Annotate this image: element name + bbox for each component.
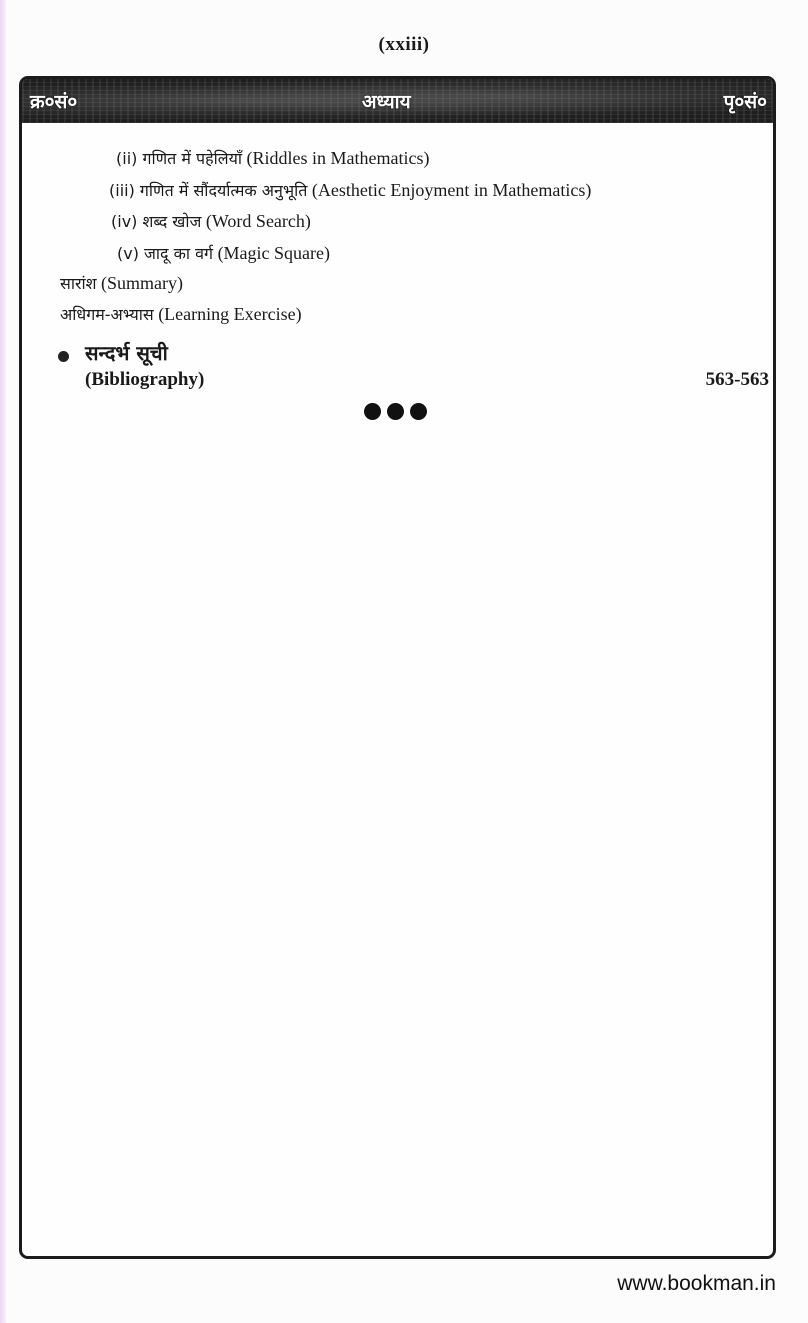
entry-english: (Word Search)	[206, 211, 311, 231]
page-number-column-label: पृ०सं०	[724, 88, 767, 114]
entry-hindi: (v) जादू का वर्ग	[117, 244, 213, 263]
entry-english: (Learning Exercise)	[158, 304, 301, 324]
bibliography-title-english[interactable]: (Bibliography)	[85, 369, 204, 391]
bibliography-page-range: 563-563	[706, 369, 769, 391]
entry-english: (Magic Square)	[218, 243, 330, 263]
entry-english: (Summary)	[101, 273, 183, 293]
toc-entry[interactable]: सारांश (Summary)	[60, 272, 183, 295]
page-number: (xxiii)	[0, 34, 808, 56]
footer-website-link[interactable]: www.bookman.in	[617, 1272, 776, 1296]
table-of-contents: क्र०सं० अध्याय पृ०सं० (ii) गणित में पहेल…	[19, 76, 776, 1259]
entry-hindi: सारांश	[60, 274, 97, 293]
entry-hindi: (ii) गणित में पहेलियाँ	[116, 149, 242, 168]
bibliography-title-hindi[interactable]: सन्दर्भ सूची	[85, 339, 168, 366]
toc-entry[interactable]: (v) जादू का वर्ग (Magic Square)	[117, 242, 330, 265]
bullet-icon	[58, 351, 69, 362]
toc-entry[interactable]: (iii) गणित में सौंदर्यात्मक अनुभूति (Aes…	[109, 179, 591, 202]
toc-entry[interactable]: अधिगम-अभ्यास (Learning Exercise)	[60, 303, 302, 326]
entry-english: (Riddles in Mathematics)	[247, 148, 430, 168]
page-edge	[0, 0, 6, 1323]
chapter-column-label: अध्याय	[362, 88, 411, 114]
toc-entry[interactable]: (ii) गणित में पहेलियाँ (Riddles in Mathe…	[116, 147, 430, 170]
entry-hindi: अधिगम-अभ्यास	[60, 305, 154, 324]
entry-hindi: (iii) गणित में सौंदर्यात्मक अनुभूति	[109, 181, 307, 200]
toc-header-bar: क्र०सं० अध्याय पृ०सं०	[22, 79, 773, 123]
entry-english: (Aesthetic Enjoyment in Mathematics)	[312, 180, 591, 200]
serial-number-column-label: क्र०सं०	[30, 88, 77, 114]
section-end-dots-icon	[364, 403, 427, 420]
entry-hindi: (iv) शब्द खोज	[111, 212, 201, 231]
toc-entry[interactable]: (iv) शब्द खोज (Word Search)	[111, 210, 311, 233]
